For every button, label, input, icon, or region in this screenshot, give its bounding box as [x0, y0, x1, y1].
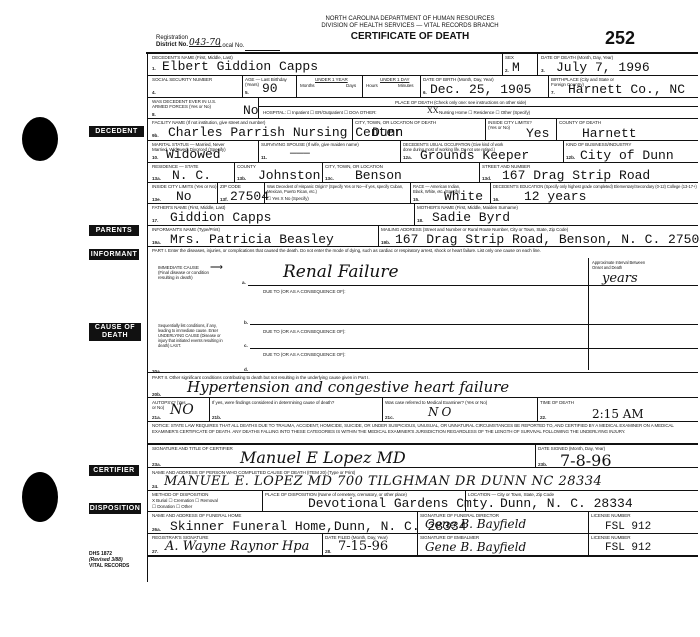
residence-county: Johnston: [258, 169, 320, 183]
form-code-line3: VITAL RECORDS: [89, 563, 129, 569]
residence-city: Benson: [355, 169, 402, 183]
divider: [465, 490, 466, 511]
county-of-death-label: COUNTY OF DEATH: [559, 120, 601, 125]
interval-label: Approximate Interval Between Onset and D…: [592, 260, 647, 270]
row-line: [147, 467, 698, 468]
form-left-border: [147, 52, 148, 582]
tab-parents: PARENTS: [89, 225, 139, 236]
divider: [485, 118, 486, 140]
immediate-cause: Renal Failure: [283, 262, 399, 282]
tab-informant: INFORMANT: [89, 249, 139, 260]
embalmer-license: FSL 912: [605, 541, 651, 555]
certifier-signature-label: SIGNATURE AND TITLE OF CERTIFIER: [152, 446, 233, 451]
place-of-death-label: PLACE OF DEATH (Check only one: see inst…: [395, 100, 526, 105]
row-line: [147, 75, 698, 76]
punch-hole-bottom: [22, 472, 58, 522]
divider: [242, 75, 243, 97]
occupation: Grounds Keeper: [420, 149, 529, 163]
line-a-label: a.: [242, 280, 246, 285]
embalmer-signature: Gene B. Bayfield: [425, 540, 526, 554]
divider: [382, 397, 383, 421]
interval-value: years: [602, 271, 638, 286]
field-number-17: 17.: [152, 218, 158, 223]
funeral-home: Skinner Funeral Home,Dunn, N. C. 28334: [170, 520, 466, 534]
divider: [209, 397, 210, 421]
days-label: Days: [346, 83, 356, 88]
industry-label: KIND OF BUSINESS/INDUSTRY: [566, 142, 631, 147]
time-of-death: 2:15 AM: [592, 407, 644, 421]
row-line: [147, 118, 698, 119]
field-number-5: 5.: [245, 90, 249, 95]
divider: [352, 118, 353, 140]
divider: [537, 52, 538, 75]
tab-cause-line1: CAUSE OF: [89, 324, 141, 332]
district-label: District No.: [156, 42, 188, 48]
findings-label: If yes, were findings considered in dete…: [212, 400, 334, 405]
due-to-c: DUE TO (OR AS A CONSEQUENCE OF):: [263, 352, 345, 357]
director-license-label: LICENSE NUMBER: [591, 513, 630, 518]
divider: [264, 182, 265, 203]
place-options[interactable]: HOSPITAL: ☐ Inpatient ☐ ER/Outpatient ☐ …: [263, 110, 376, 115]
facility-name: Charles Parrish Nursing Center: [168, 126, 402, 140]
field-number-19b: 19b.: [381, 240, 390, 245]
divider: [479, 162, 480, 182]
field-number-21c: 21c.: [385, 415, 394, 420]
immediate-cause-label: IMMEDIATE CAUSE (Final disease or condit…: [158, 265, 210, 280]
residence-state: N. C.: [172, 169, 211, 183]
field-number-13e: 13e.: [152, 197, 161, 202]
residence-county-label: COUNTY: [237, 164, 256, 169]
field-number-12a: 12a.: [403, 155, 412, 160]
divider: [296, 75, 297, 97]
hispanic-options[interactable]: ☐ Yes X No (Specify): [267, 196, 309, 201]
education: 12 years: [524, 190, 586, 204]
field-number-13d: 13d.: [482, 176, 491, 181]
field-number-13a: 13a.: [152, 176, 161, 181]
residence-street: 167 Drag Strip Road: [502, 169, 650, 183]
spouse-label: SURVIVING SPOUSE (If wife, give maiden n…: [261, 142, 359, 147]
divider: [410, 182, 411, 203]
place-options-other[interactable]: Nursing Home ☐ Residence ☐ Other (Specif…: [439, 110, 530, 115]
arrow-icon: ⟶: [210, 262, 223, 273]
divider: [378, 225, 379, 246]
time-of-death-label: TIME OF DEATH: [540, 400, 574, 405]
row-line: [147, 490, 698, 491]
completer-name-address: MANUEL E. LOPEZ MD 700 TILGHMAN DR DUNN …: [164, 474, 602, 489]
months-label: Months: [300, 83, 314, 88]
row-line: [147, 421, 698, 422]
divider: [490, 182, 491, 203]
informant-name: Mrs. Patricia Beasley: [170, 233, 334, 247]
divider: [258, 97, 259, 118]
row-line: [258, 106, 698, 107]
field-number-8: 8.: [152, 112, 156, 117]
punch-hole-top: [22, 117, 58, 161]
field-number-18: 18.: [417, 218, 423, 223]
industry: City of Dunn: [580, 149, 674, 163]
residence-inside-value: No: [176, 190, 192, 204]
field-number-1: 1.: [152, 66, 156, 71]
form-top-border: [146, 52, 698, 54]
line-b-label: b.: [244, 320, 248, 325]
under-1-day-label: UNDER 1 DAY: [380, 77, 409, 82]
tab-disposition: DISPOSITION: [89, 503, 141, 514]
divider: [563, 140, 564, 162]
divider: [537, 397, 538, 421]
row-line: [147, 203, 698, 204]
part2-conditions: Hypertension and congestive heart failur…: [187, 378, 509, 396]
field-number-28: 28.: [325, 549, 331, 554]
sex-value: M: [512, 61, 520, 75]
registrar-signature: A. Wayne Raynor Hpa: [165, 539, 309, 554]
field-number-13b: 13b.: [237, 176, 246, 181]
armed-forces-label: WAS DECEDENT EVER IN U.S. ARMED FORCES (…: [152, 99, 232, 109]
field-number-19a: 19a.: [152, 240, 161, 245]
row-line: [147, 182, 698, 183]
line-c-label: c.: [244, 343, 248, 348]
certificate-number: 252: [605, 28, 635, 49]
row-line: [147, 246, 698, 247]
date-filed: 7-15-96: [338, 539, 388, 554]
age-value: 90: [262, 82, 278, 96]
field-number-16: 16.: [493, 197, 499, 202]
disposition-location: Dunn, N. C. 28334: [500, 497, 633, 511]
notice-text: NOTICE: STATE LAW REQUIRES THAT ALL DEAT…: [152, 423, 697, 435]
field-number-9b: 9b.: [152, 133, 159, 138]
birthplace: Harnett Co., NC: [568, 83, 685, 97]
field-number-7: 7.: [551, 90, 555, 95]
cause-line-c: [250, 348, 698, 349]
minutes-label: Minutes: [398, 83, 413, 88]
funeral-home-label: NAME AND ADDRESS OF FUNERAL HOME: [152, 513, 241, 518]
field-number-21a: 21a.: [152, 415, 161, 420]
form-code: DHS 1872 (Revised 3/88) VITAL RECORDS: [89, 551, 129, 569]
registration-label: Registration: [156, 35, 188, 41]
tab-certifier: CERTIFIER: [89, 465, 139, 476]
district-number: 043-70: [189, 38, 221, 48]
spouse-value: ———: [290, 147, 310, 161]
cause-line-b: [250, 324, 698, 325]
method-options-1[interactable]: X Burial ☐ Cremation ☐ Removal: [152, 498, 218, 503]
agency-line-2: DIVISION OF HEALTH SERVICES — VITAL RECO…: [290, 23, 530, 29]
certifier-signature: Manuel E Lopez MD: [240, 448, 406, 467]
interval-divider: [588, 258, 589, 370]
divider: [262, 490, 263, 511]
field-number-11: 11.: [261, 155, 267, 160]
row-line: [147, 443, 698, 445]
tab-cause-of-death: CAUSE OF DEATH: [89, 323, 141, 341]
field-number-6: 6.: [423, 90, 427, 95]
cause-line-d: [147, 372, 698, 373]
row-line: [147, 533, 698, 534]
city-of-death: Dunn: [372, 126, 403, 140]
hispanic-label: Was Decedent of Hispanic Origin? (Specif…: [267, 184, 407, 194]
row-line: [147, 162, 698, 163]
form-bottom-border: [147, 555, 698, 557]
field-number-13f: 13f.: [220, 197, 228, 202]
director-license: FSL 912: [605, 520, 651, 534]
decedent-name: Elbert Giddion Capps: [162, 60, 318, 74]
divider: [414, 203, 415, 225]
ssn-label: SOCIAL SECURITY NUMBER: [152, 77, 212, 82]
due-to-b: DUE TO (OR AS A CONSEQUENCE OF):: [263, 329, 345, 334]
autopsy-value: NO: [170, 402, 194, 418]
row-line: [147, 511, 698, 512]
field-number-10: 10.: [152, 155, 158, 160]
field-number-26a: 26a.: [152, 527, 161, 532]
row-line: [147, 140, 698, 141]
date-of-birth: Dec. 25, 1905: [430, 83, 531, 97]
divider: [535, 443, 536, 467]
document-title: CERTIFICATE OF DEATH: [300, 31, 520, 42]
field-number-13c: 13c.: [325, 176, 334, 181]
row-line: [147, 97, 698, 98]
hours-label: Hours: [366, 83, 378, 88]
disposition-place: Devotional Gardens Cmty.: [308, 497, 495, 511]
father-name: Giddion Capps: [170, 211, 271, 225]
marital-status: Widowed: [166, 148, 221, 162]
row-line: [147, 225, 698, 226]
divider: [548, 75, 549, 97]
divider: [322, 162, 323, 182]
tab-cause-line2: DEATH: [89, 332, 141, 340]
tab-decedent: DECEDENT: [89, 126, 144, 137]
field-number-22: 22.: [540, 415, 546, 420]
embalmer-license-label: LICENSE NUMBER: [591, 535, 630, 540]
medical-examiner-value: NO: [428, 405, 454, 419]
method-options-2[interactable]: ☐ Donation ☐ Other: [152, 504, 192, 509]
county-of-death: Harnett: [582, 127, 637, 141]
director-signature: Gene B. Bayfield: [425, 517, 526, 531]
local-label: Local No.: [219, 43, 244, 49]
informant-address: 167 Drag Strip Road, Benson, N. C. 27504: [395, 233, 700, 247]
row-line: [147, 397, 698, 398]
local-number-field: [245, 50, 280, 51]
mother-name: Sadie Byrd: [432, 211, 510, 225]
field-number-27: 27.: [152, 549, 158, 554]
race: White: [444, 190, 483, 204]
place-checked-mark[interactable]: XX: [427, 106, 439, 115]
divider: [420, 75, 421, 97]
divider: [258, 140, 259, 162]
field-number-15: 15.: [413, 197, 419, 202]
field-number-12b: 12b.: [566, 155, 575, 160]
divider: [362, 75, 363, 97]
agency-line-1: NORTH CAROLINA DEPARTMENT OF HUMAN RESOU…: [290, 16, 530, 22]
field-number-2: 2.: [505, 68, 509, 73]
field-number-4: 4.: [152, 90, 156, 95]
divider: [234, 162, 235, 182]
under-1-year-label: UNDER 1 YEAR: [315, 77, 348, 82]
method-label: METHOD OF DISPOSITION: [152, 492, 208, 497]
divider: [502, 52, 503, 75]
part1-label: PART I. Enter the diseases, injuries, or…: [152, 248, 622, 253]
divider: [217, 182, 218, 203]
sequential-label: Sequentially list conditions, if any, le…: [158, 323, 226, 348]
field-number-24: 24.: [152, 484, 158, 489]
due-to-a: DUE TO (OR AS A CONSEQUENCE OF):: [263, 289, 345, 294]
divider: [322, 533, 323, 555]
field-number-21b: 21b.: [212, 415, 221, 420]
armed-forces-value: No: [243, 104, 259, 118]
date-of-death: July 7, 1996: [556, 61, 650, 75]
field-number-3: 3.: [541, 68, 545, 73]
inside-city-value: Yes: [526, 127, 549, 141]
divider: [400, 140, 401, 162]
divider: [556, 118, 557, 140]
